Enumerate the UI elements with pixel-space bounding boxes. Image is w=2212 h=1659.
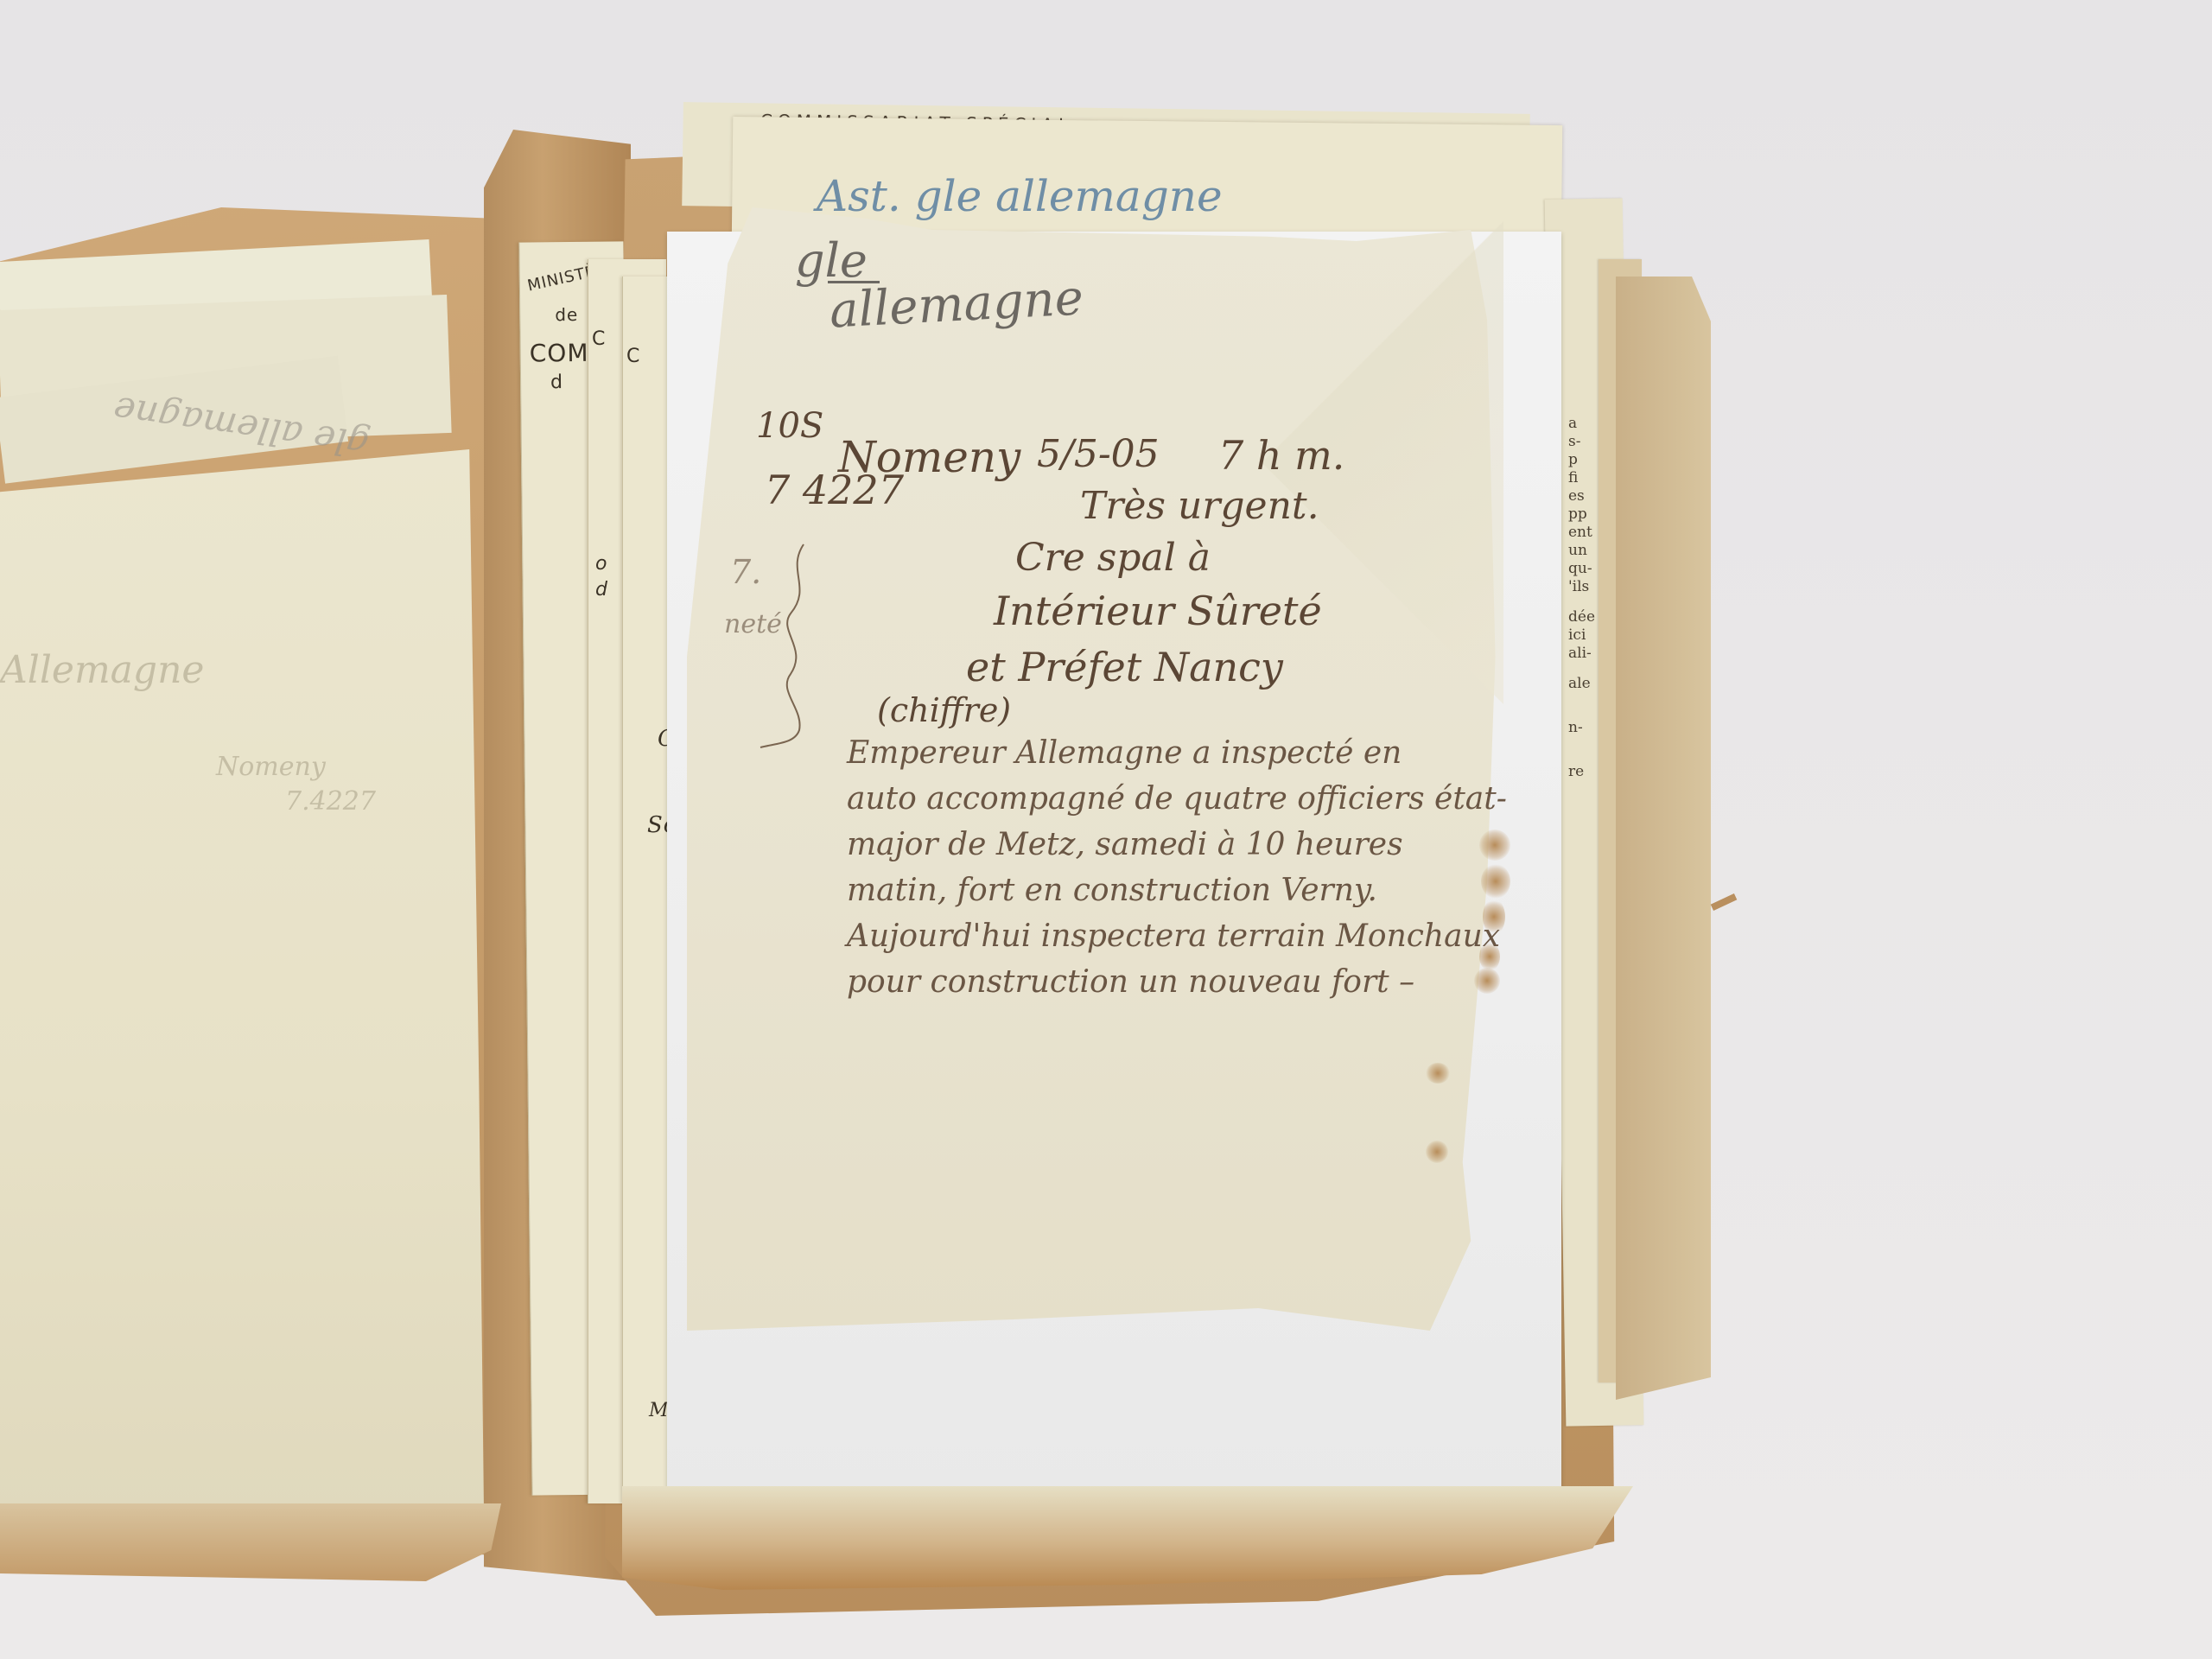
left-bottom-torn-edge	[0, 1503, 501, 1581]
printed-fragment: de	[555, 304, 578, 325]
newsprint-word: ici	[1568, 626, 1603, 645]
bottom-torn-edges	[622, 1486, 1633, 1590]
right-pile-sheet	[1616, 276, 1711, 1400]
telegram-date: 5/5-05	[1037, 432, 1160, 476]
telegram-recipient-1: Intérieur Sûreté	[994, 588, 1322, 634]
newsprint-word: a	[1568, 415, 1603, 433]
foxing-stain	[1426, 1141, 1448, 1163]
telegram-body-line: matin, fort en construction Verny.	[847, 868, 1507, 913]
newsprint-word: p	[1568, 451, 1603, 469]
left-pile-top-sheet: Allemagne Nomeny 7.4227	[0, 449, 484, 1512]
newsprint-word: qu-	[1568, 560, 1603, 578]
newsprint-word: n-	[1568, 719, 1603, 737]
blue-pencil-annotation: Ast. gle allemagne	[817, 171, 1223, 221]
telegram-body-line: auto accompagné de quatre officiers état…	[847, 776, 1507, 822]
faint-text: Allemagne	[0, 648, 204, 692]
printed-fragment: C	[626, 346, 640, 367]
telegram-body: Empereur Allemagne a inspecté en auto ac…	[847, 730, 1507, 1005]
newsprint-word: fi	[1568, 469, 1603, 487]
telegram-body-line: pour construction un nouveau fort –	[847, 959, 1507, 1005]
newsprint-word: dée	[1568, 608, 1603, 626]
printed-fragment: C	[592, 328, 606, 350]
faint-text: Nomeny	[216, 752, 326, 782]
newsprint-word: es	[1568, 487, 1603, 505]
telegram-recipient-2: et Préfet Nancy	[966, 644, 1283, 690]
margin-number: 10S	[756, 406, 823, 446]
printed-fragment: d	[550, 372, 563, 393]
newsprint-word: s-	[1568, 433, 1603, 451]
telegram-time: 7 h m.	[1218, 432, 1344, 479]
newsprint-word: ent	[1568, 524, 1603, 542]
telegram-encoding: (chiffre)	[877, 691, 1011, 729]
faint-text: 7.4227	[285, 786, 376, 817]
pencil-header-gle: gle	[795, 233, 868, 288]
telegram-sender: Cre spal à	[1015, 536, 1211, 580]
printed-fragment: d	[595, 579, 608, 601]
telegram-body-line: Empereur Allemagne a inspecté en	[847, 730, 1507, 776]
foxing-stain	[1426, 1063, 1450, 1084]
printed-fragment: o	[595, 553, 607, 575]
telegram-urgency: Très urgent.	[1080, 484, 1319, 528]
newsprint-word: un	[1568, 542, 1603, 560]
newsprint-fragments: a s- p fi es pp ent un qu- 'ils dée ici …	[1568, 415, 1603, 781]
newsprint-word: ali-	[1568, 645, 1603, 663]
printed-fragment: COM	[530, 339, 589, 368]
newsprint-word: re	[1568, 763, 1603, 781]
newsprint-word: ale	[1568, 675, 1603, 693]
brace-mark	[752, 536, 821, 752]
paper-fragment	[1711, 893, 1738, 911]
newsprint-word: pp	[1568, 505, 1603, 524]
telegram-origin: Nomeny	[838, 432, 1020, 482]
printed-fragment: M	[649, 1400, 670, 1421]
telegram-body-line: Aujourd'hui inspectera terrain Monchaux	[847, 913, 1507, 959]
newsprint-word: 'ils	[1568, 578, 1603, 596]
telegram-body-line: major de Metz, samedi à 10 heures	[847, 822, 1507, 868]
